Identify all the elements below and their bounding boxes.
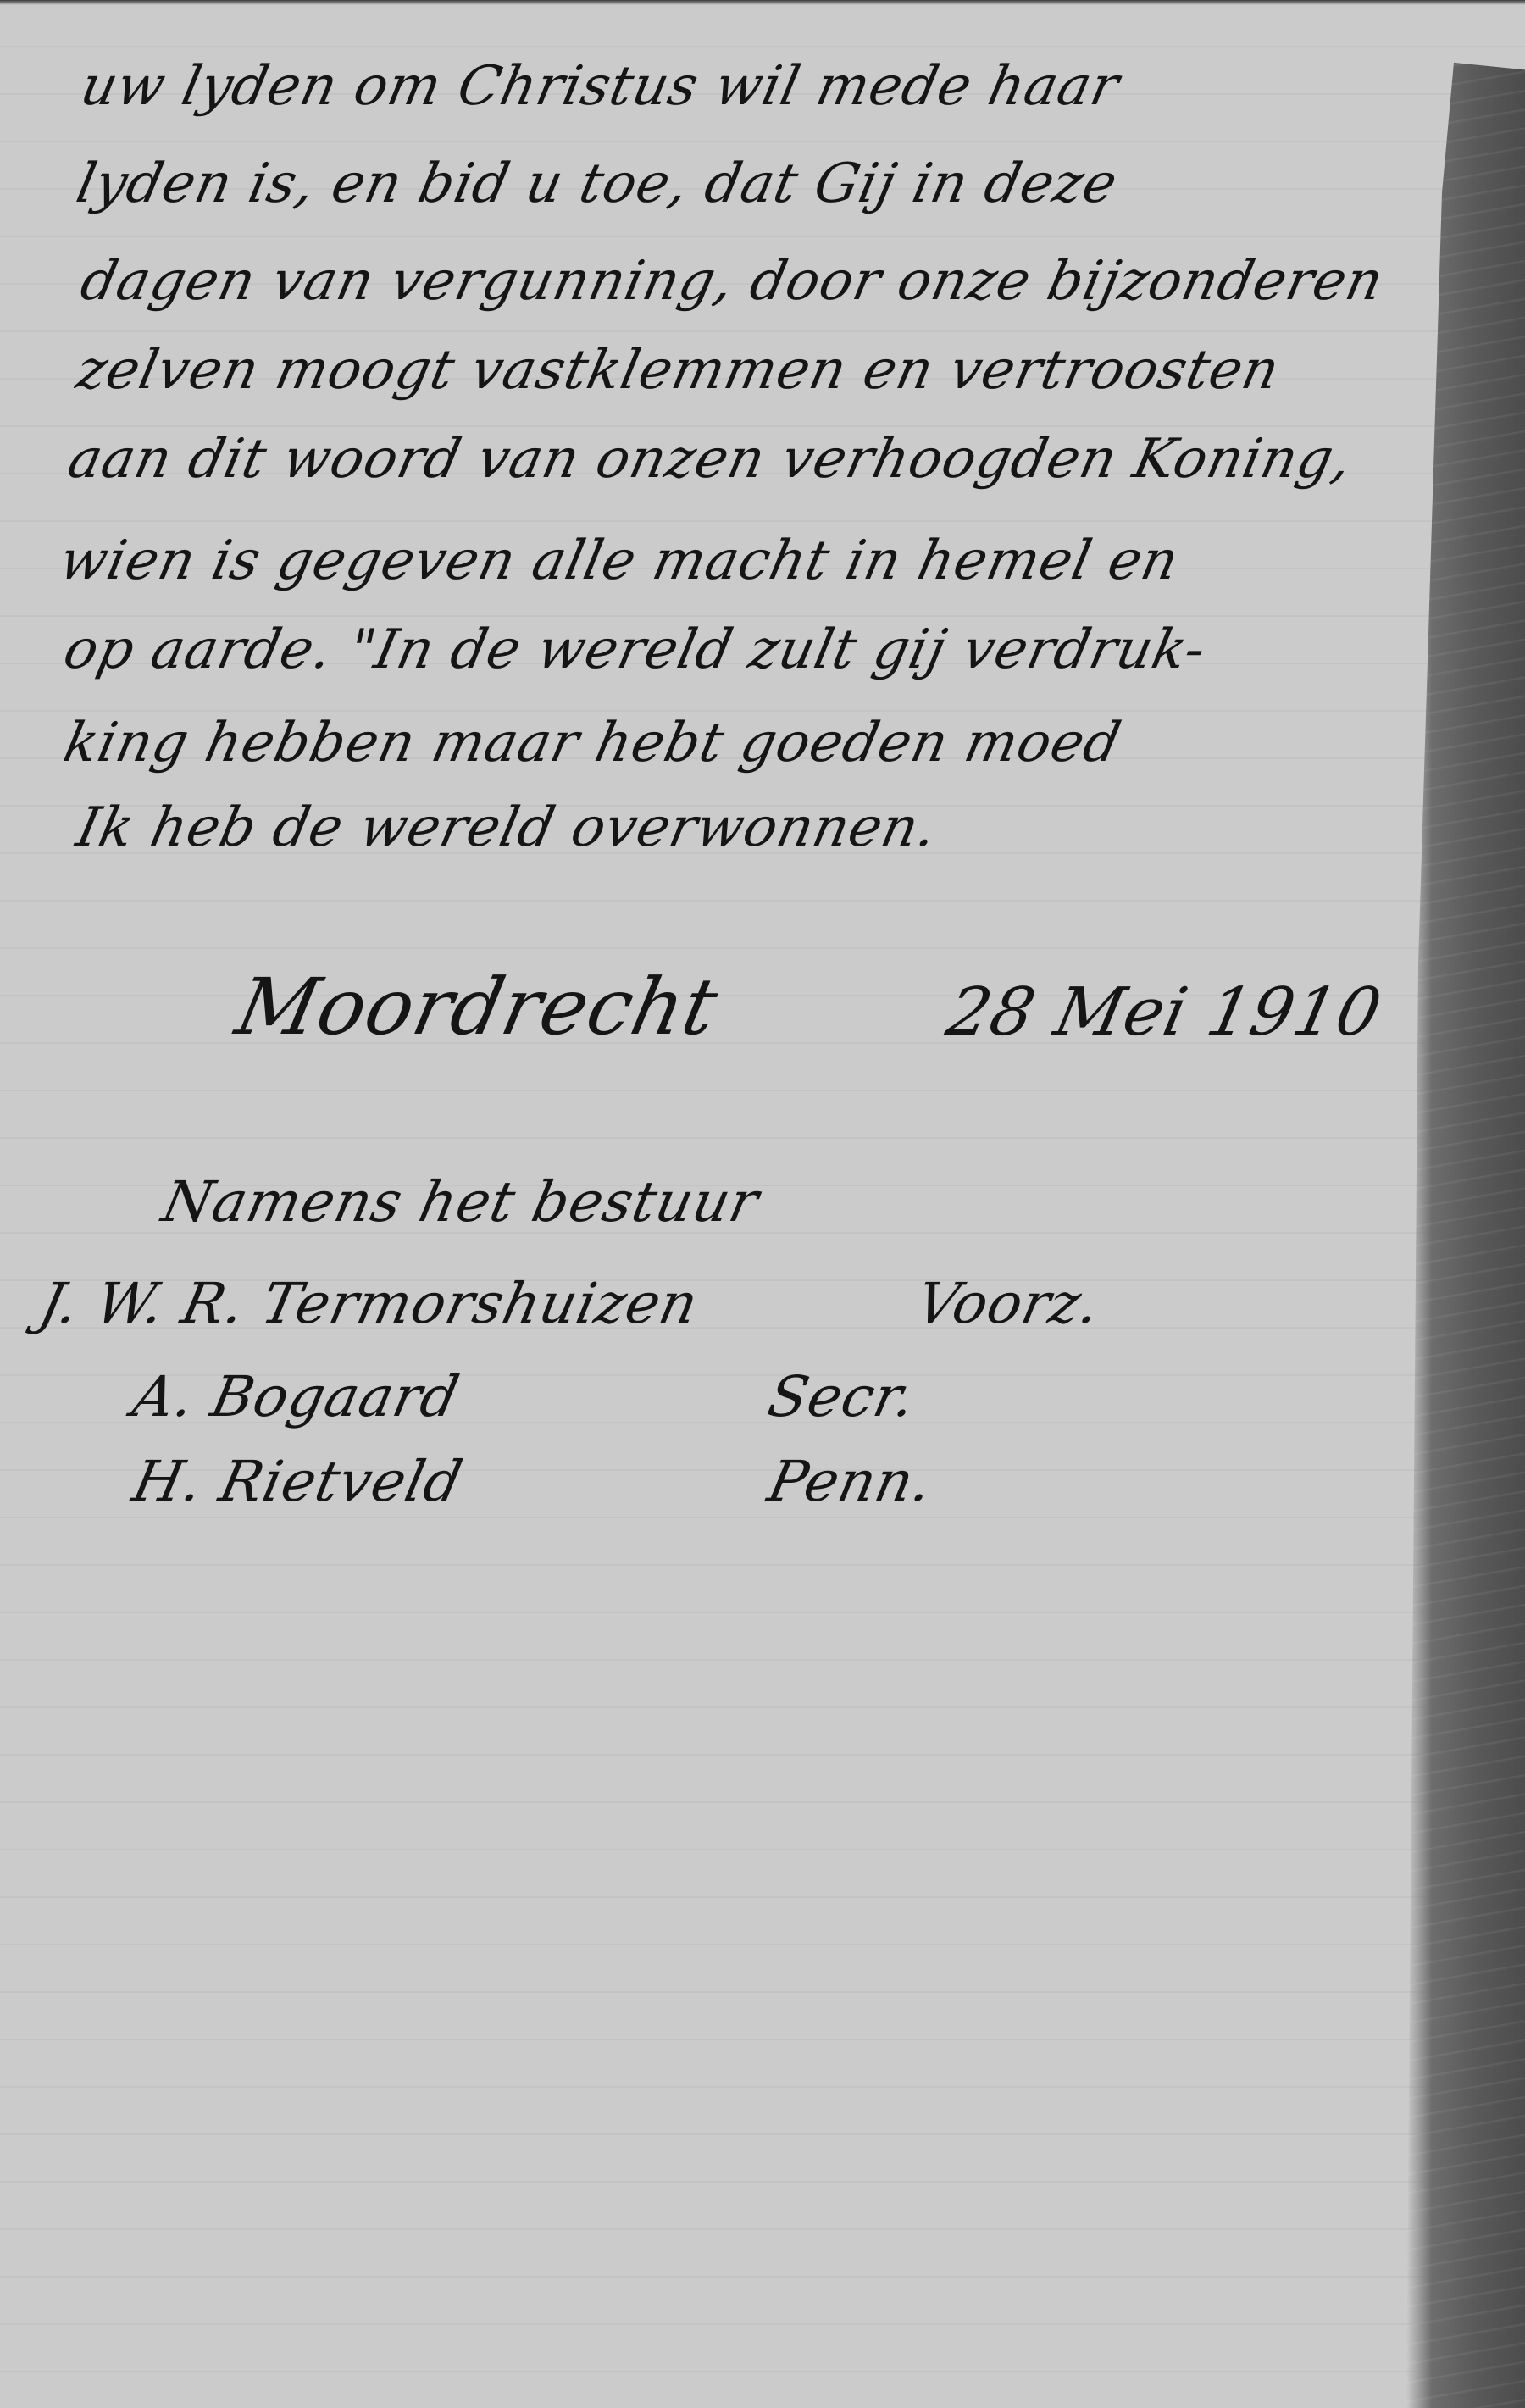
signer-name-3: H. Rietveld bbox=[127, 1449, 469, 1514]
binding-shadow bbox=[1406, 0, 1525, 2408]
document-page: uw lyden om Christus wil mede haar lyden… bbox=[0, 0, 1525, 2408]
signer-role-1: Voorz. bbox=[911, 1271, 1106, 1336]
signoff-date: 28 Mei 1910 bbox=[940, 974, 1388, 1051]
body-line-5: aan dit woord van onzen verhoogden Konin… bbox=[64, 432, 1357, 486]
body-line-9: Ik heb de wereld overwonnen. bbox=[72, 801, 942, 855]
signer-name-2: A. Bogaard bbox=[127, 1364, 465, 1429]
body-line-2: lyden is, en bid u toe, dat Gij in deze bbox=[72, 157, 1123, 211]
body-line-4: zelven moogt vastklemmen en vertroosten bbox=[72, 343, 1284, 397]
body-line-7: op aarde. "In de wereld zult gij verdruk… bbox=[59, 623, 1211, 677]
signer-name-1: J. W. R. Termorshuizen bbox=[34, 1271, 704, 1336]
body-line-1: uw lyden om Christus wil mede haar bbox=[76, 59, 1124, 114]
page-top-edge bbox=[0, 0, 1525, 5]
signer-role-2: Secr. bbox=[762, 1364, 922, 1429]
signoff-place: Moordrecht bbox=[229, 962, 726, 1052]
signature-heading: Namens het bestuur bbox=[157, 1169, 765, 1235]
body-line-6: wien is gegeven alle macht in hemel en bbox=[55, 534, 1184, 588]
signer-role-3: Penn. bbox=[762, 1449, 939, 1514]
body-line-8: king hebben maar hebt goeden moed bbox=[59, 716, 1126, 770]
body-line-3: dagen van vergunning, door onze bijzonde… bbox=[76, 254, 1389, 308]
